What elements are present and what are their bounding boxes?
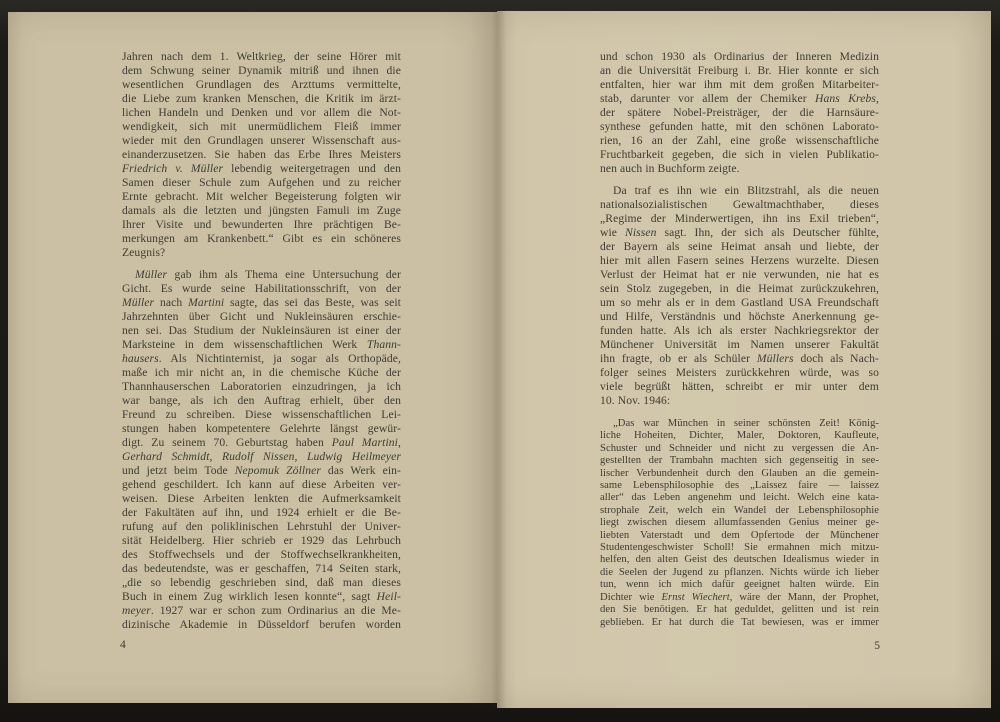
text-line: der Bayern als seine Heimat ansah und li… — [600, 240, 879, 254]
text-line: Jahrzehnten über Gicht und Nukleinsäuren… — [122, 310, 401, 324]
text-line: lichen Handeln und Denken und vor allem … — [122, 106, 401, 120]
text-line: um so mehr als er in dem Gastland USA Fr… — [600, 296, 879, 310]
text-line: hausers. Als Nichtinternist, ja sogar al… — [122, 352, 401, 366]
text-line: nen auch in Buchform zeigte. — [600, 162, 879, 176]
text-line: rien, 16 an der Zahl, eine große wissens… — [600, 134, 879, 148]
text-line: Gicht. Es wurde seine Habilitationsschri… — [122, 282, 401, 296]
text-line: der Fakultäten auf ihn, und 1924 erhielt… — [122, 506, 401, 520]
book-scan: Jahren nach dem 1. Weltkrieg, der seine … — [0, 0, 1000, 722]
text-line: lischer Verbundenheit durch den Glauben … — [600, 468, 879, 480]
text-line: Müller gab ihm als Thema eine Untersuchu… — [122, 268, 401, 282]
text-line: Da traf es ihn wie ein Blitzstrahl, als … — [600, 184, 879, 198]
text-line: und Hilfe, Verständnis und höchste Anerk… — [600, 310, 879, 324]
text-line: Thannhauserschen Laboratorien einzudring… — [122, 380, 401, 394]
text-line: Zeugnis? — [122, 246, 401, 260]
text-line: damals als die letzten und jüngsten Famu… — [122, 204, 401, 218]
page-text: Jahren nach dem 1. Weltkrieg, der seine … — [122, 50, 401, 632]
text-line: gehend geschildert. Ich kann auf diese A… — [122, 478, 401, 492]
text-line: nen sei. Das Studium der Nukleinsäuren i… — [122, 324, 401, 338]
text-line: Friedrich v. Müller lebendig weitergetra… — [122, 162, 401, 176]
text-line: das bedeutendste, was er geschaffen, 714… — [122, 562, 401, 576]
text-line: Buch in einem Zug wirklich lesen konnte“… — [122, 590, 401, 604]
text-line: hier mit allen Fasern seines Herzens wur… — [600, 254, 879, 268]
text-line: helfen, den alten Geist des deutschen Id… — [600, 554, 879, 566]
paragraph: Müller gab ihm als Thema eine Untersuchu… — [122, 268, 401, 632]
paragraph: und schon 1930 als Ordinarius der Innere… — [600, 50, 879, 176]
text-line: liebten Vaterstadt und dem Opfertode der… — [600, 530, 879, 542]
text-line: dizinische Akademie in Düsseldorf berufe… — [122, 618, 401, 632]
scan-page-left: Jahren nach dem 1. Weltkrieg, der seine … — [8, 12, 497, 703]
text-line: 10. Nov. 1946: — [600, 394, 879, 408]
text-line: wie Nissen sagt. Ihn, der sich als Deuts… — [600, 226, 879, 240]
italic-text: Nissen — [625, 226, 657, 239]
paragraph: „Das war München in seiner schönsten Zei… — [600, 418, 879, 629]
text-line: weisen. Diese Arbeiten lenkten die Aufme… — [122, 492, 401, 506]
text-line: merkungen am Krankenbett.“ Gibt es ein s… — [122, 232, 401, 246]
text-line: war bange, als ich den Auftrag erhielt, … — [122, 394, 401, 408]
italic-text: Gerhard Schmidt, Rudolf Nissen, Ludwig H… — [122, 450, 401, 463]
text-line: geblieben. Er hat durch die Tat bewiesen… — [600, 617, 879, 629]
text-line: maße ich mir nicht an, in die chemische … — [122, 366, 401, 380]
text-line: und jetzt beim Tode Nepomuk Zöllner das … — [122, 464, 401, 478]
text-line: sität Heidelberg. Hier schrieb er 1929 d… — [122, 534, 401, 548]
text-line: an die Universität Freiburg i. Br. Hier … — [600, 64, 879, 78]
text-line: rufung auf den poliklinischen Lehrstuhl … — [122, 520, 401, 534]
italic-text: hausers — [122, 352, 159, 365]
text-line: Fruchtbarkeit gegeben, die sich in viele… — [600, 148, 879, 162]
text-line: einanderzusetzen. Sie haben das Erbe Ihr… — [122, 148, 401, 162]
text-line: wesentlichen Grundlagen des Arzttums ver… — [122, 78, 401, 92]
text-line: gestellten der Trambahn machten sich geg… — [600, 455, 879, 467]
paragraph: Da traf es ihn wie ein Blitzstrahl, als … — [600, 184, 879, 408]
text-line: stungen haben kompetentere Gelehrte läng… — [122, 422, 401, 436]
scan-page-right: und schon 1930 als Ordinarius der Innere… — [497, 11, 991, 708]
text-line: Verlust der Heimat hat er nie verwunden,… — [600, 268, 879, 282]
text-line: aller“ das Leben angenehm und leicht. We… — [600, 492, 879, 504]
page-number-left: 4 — [120, 639, 126, 651]
text-line: Marksteine in dem wissenschaftlichen Wer… — [122, 338, 401, 352]
text-line: tun, wenn ich mich dafür geeignet halten… — [600, 579, 879, 591]
text-line: ihn fragte, ob er als Schüler Müllers do… — [600, 352, 879, 366]
italic-text: Martini — [188, 296, 224, 309]
text-line: Ihrer Visite und bewunderten Ihre prächt… — [122, 218, 401, 232]
text-line: Schuster und Schneider und nicht zu verg… — [600, 443, 879, 455]
text-line: digt. Zu seinem 70. Geburtstag haben Pau… — [122, 436, 401, 450]
page-text: und schon 1930 als Ordinarius der Innere… — [600, 50, 879, 629]
italic-text: Ernst Wiechert — [662, 592, 730, 603]
text-line: Müller nach Martini sagte, das sei das B… — [122, 296, 401, 310]
text-line: „Das war München in seiner schönsten Zei… — [600, 418, 879, 430]
text-line: des Stoffwechsels und der Stoffwechselkr… — [122, 548, 401, 562]
text-line: stab, darunter vor allem der Chemiker Ha… — [600, 92, 879, 106]
text-line: viele begrüßt hätten, schreibt er mir un… — [600, 380, 879, 394]
text-line: strophale Zeit, welch ein Wandel der Leb… — [600, 505, 879, 517]
text-line: Dichter wie Ernst Wiechert, wäre der Man… — [600, 592, 879, 604]
text-line: funden hatte. Als ich als erster Nachkri… — [600, 324, 879, 338]
text-line: synthese gefunden hatte, mit den schönen… — [600, 120, 879, 134]
text-line: Jahren nach dem 1. Weltkrieg, der seine … — [122, 50, 401, 64]
italic-text: Friedrich v. Müller — [122, 162, 223, 175]
text-line: die Liebe zum kranken Menschen, die Krit… — [122, 92, 401, 106]
text-line: Studentengeschwister Scholl! Sie ermahne… — [600, 542, 879, 554]
text-line: sein Stolz zugegeben, in die Heimat zurü… — [600, 282, 879, 296]
italic-text: Müllers — [757, 352, 794, 365]
text-line: folger seines Meisters zurückkehren würd… — [600, 366, 879, 380]
text-line: Gerhard Schmidt, Rudolf Nissen, Ludwig H… — [122, 450, 401, 464]
paragraph: Jahren nach dem 1. Weltkrieg, der seine … — [122, 50, 401, 260]
italic-text: Müller — [122, 296, 154, 309]
text-line: den Sie benötigen. Er hat geduldet, geli… — [600, 604, 879, 616]
text-line: meyer. 1927 war er schon zum Ordinarius … — [122, 604, 401, 618]
text-line: liegt zwischen diesem allumfassenden Gen… — [600, 517, 879, 529]
text-line: „die so lebendig geschrieben sind, daß m… — [122, 576, 401, 590]
italic-text: Nepomuk Zöllner — [235, 464, 321, 477]
text-line: wieder mit den Grundlagen unserer Wissen… — [122, 134, 401, 148]
text-line: dem Schwung seiner Dynamik mitriß und ih… — [122, 64, 401, 78]
text-line: Ernte gebracht. Mit welcher Begeisterung… — [122, 190, 401, 204]
text-line: Münchener Universität im Namen unserer F… — [600, 338, 879, 352]
text-line: same Lebensphilosophie des „Laissez fair… — [600, 480, 879, 492]
italic-text: Paul Martini, — [332, 436, 401, 449]
text-line: der spätere Nobel-Preisträger, der die H… — [600, 106, 879, 120]
text-line: die Seelen der Jugend zu pflanzen. Nicht… — [600, 567, 879, 579]
text-line: entfalten, hier war ihm mit dem großen M… — [600, 78, 879, 92]
text-line: und schon 1930 als Ordinarius der Innere… — [600, 50, 879, 64]
text-line: „Regime der Minderwertigen, ihn ins Exil… — [600, 212, 879, 226]
page-number-right: 5 — [600, 640, 880, 652]
italic-text: Hans Krebs, — [815, 92, 879, 105]
italic-text: meyer — [122, 604, 151, 617]
text-line: nationalsozialistischen Gewaltmachthaber… — [600, 198, 879, 212]
italic-text: Heil- — [377, 590, 401, 603]
italic-text: Müller — [135, 268, 167, 281]
text-line: wendigkeit, sich mit unermüdlichem Fleiß… — [122, 120, 401, 134]
text-line: Samen dieser Schule zum Aufgehen und zu … — [122, 176, 401, 190]
text-line: Freund zu schreiben. Diese wissenschaftl… — [122, 408, 401, 422]
italic-text: Thann- — [367, 338, 401, 351]
text-line: liche Hoheiten, Dichter, Maler, Doktoren… — [600, 430, 879, 442]
